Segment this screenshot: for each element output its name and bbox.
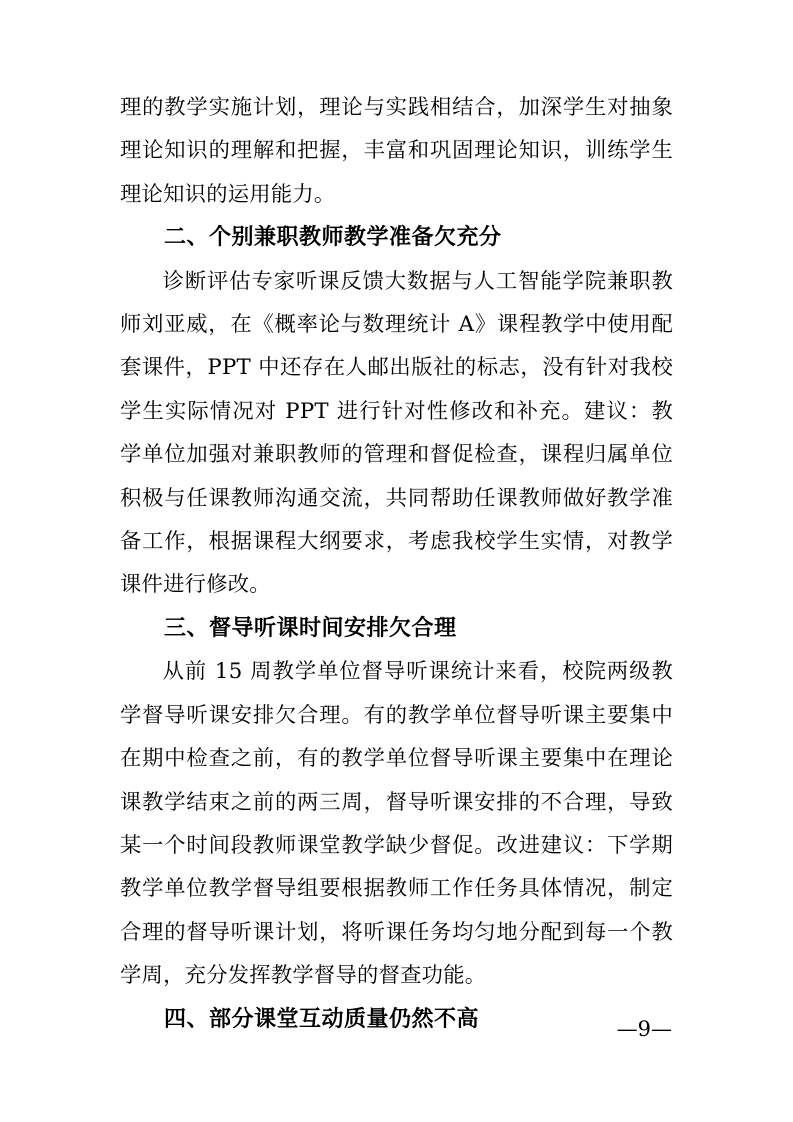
heading-section-2-parttime-teacher-preparation: 二、个别兼职教师教学准备欠充分 <box>120 216 673 259</box>
document-page: 理的教学实施计划，理论与实践相结合，加深学生对抽象理论知识的理解和把握，丰富和巩… <box>0 0 793 1122</box>
paragraph-teaching-plan-continuation: 理的教学实施计划，理论与实践相结合，加深学生对抽象理论知识的理解和把握，丰富和巩… <box>120 86 673 216</box>
paragraph-section-3-body: 从前 15 周教学单位督导听课统计来看，校院两级教学督导听课安排欠合理。有的教学… <box>120 650 673 997</box>
heading-section-4-classroom-interaction: 四、部分课堂互动质量仍然不高 <box>120 998 673 1041</box>
document-body: 理的教学实施计划，理论与实践相结合，加深学生对抽象理论知识的理解和把握，丰富和巩… <box>120 86 673 1041</box>
page-number: —9— <box>617 1016 672 1042</box>
heading-section-3-supervision-schedule: 三、督导听课时间安排欠合理 <box>120 607 673 650</box>
paragraph-section-2-body: 诊断评估专家听课反馈大数据与人工智能学院兼职教师刘亚威，在《概率论与数理统计 A… <box>120 260 673 607</box>
